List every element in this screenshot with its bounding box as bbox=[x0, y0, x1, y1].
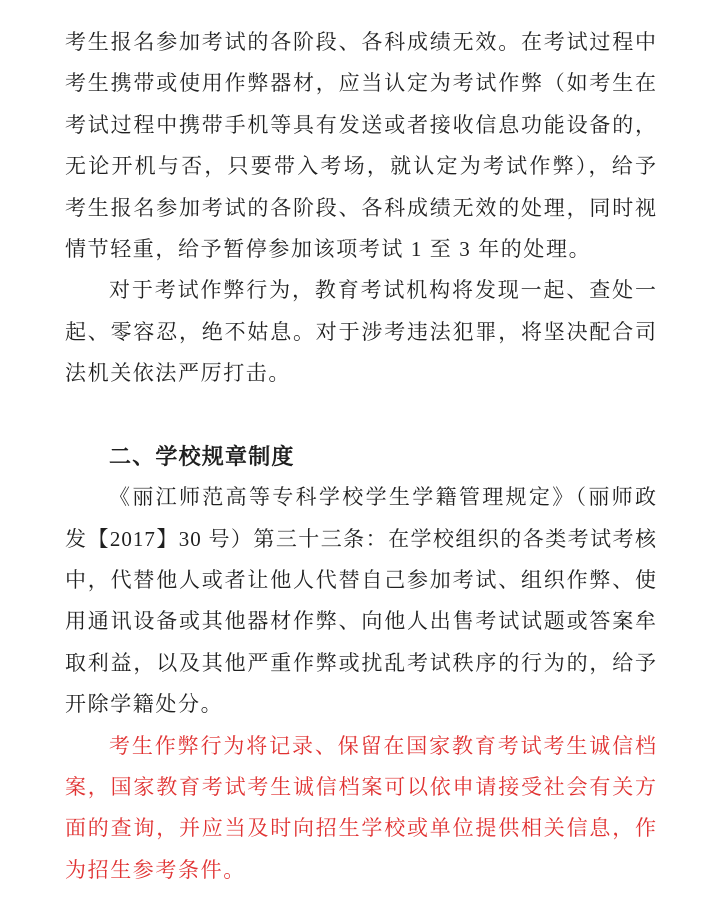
paragraph-exam-penalties: 考生报名参加考试的各阶段、各科成绩无效。在考试过程中 考生携带或使用作弊器材，应… bbox=[65, 22, 657, 270]
paragraph-integrity-record-red: 考生作弊行为将记录、保留在国家教育考试考生诚信档 案，国家教育考试考生诚信档案可… bbox=[65, 726, 657, 892]
text-line: 为招生参考条件。 bbox=[65, 850, 657, 891]
text-line: 考生报名参加考试的各阶段、各科成绩无效。在考试过程中 bbox=[65, 22, 657, 63]
text-line: 考生作弊行为将记录、保留在国家教育考试考生诚信档 bbox=[65, 726, 657, 767]
text-line: 开除学籍处分。 bbox=[65, 684, 657, 725]
text-line: 中，代替他人或者让他人代替自己参加考试、组织作弊、使 bbox=[65, 560, 657, 601]
text-line: 发【2017】30 号）第三十三条：在学校组织的各类考试考核 bbox=[65, 519, 657, 560]
document-content: 考生报名参加考试的各阶段、各科成绩无效。在考试过程中 考生携带或使用作弊器材，应… bbox=[65, 22, 657, 891]
text-line: 考生报名参加考试的各阶段、各科成绩无效的处理，同时视 bbox=[65, 188, 657, 229]
blank-line bbox=[65, 395, 657, 436]
text-line: 用通讯设备或其他器材作弊、向他人出售考试试题或答案牟 bbox=[65, 601, 657, 642]
text-line: 情节轻重，给予暂停参加该项考试 1 至 3 年的处理。 bbox=[65, 229, 657, 270]
paragraph-school-regulation: 《丽江师范高等专科学校学生学籍管理规定》（丽师政 发【2017】30 号）第三十… bbox=[65, 477, 657, 725]
section-heading-school-rules: 二、学校规章制度 bbox=[65, 436, 657, 477]
text-line: 案，国家教育考试考生诚信档案可以依申请接受社会有关方 bbox=[65, 767, 657, 808]
paragraph-enforcement: 对于考试作弊行为，教育考试机构将发现一起、查处一 起、零容忍，绝不姑息。对于涉考… bbox=[65, 270, 657, 394]
text-line: 法机关依法严厉打击。 bbox=[65, 353, 657, 394]
text-line: 对于考试作弊行为，教育考试机构将发现一起、查处一 bbox=[65, 270, 657, 311]
text-line: 考生携带或使用作弊器材，应当认定为考试作弊（如考生在 bbox=[65, 63, 657, 104]
text-line: 面的查询，并应当及时向招生学校或单位提供相关信息，作 bbox=[65, 808, 657, 849]
document-page: 考生报名参加考试的各阶段、各科成绩无效。在考试过程中 考生携带或使用作弊器材，应… bbox=[0, 0, 720, 915]
text-line: 《丽江师范高等专科学校学生学籍管理规定》（丽师政 bbox=[65, 477, 657, 518]
text-line: 考试过程中携带手机等具有发送或者接收信息功能设备的， bbox=[65, 105, 657, 146]
text-line: 起、零容忍，绝不姑息。对于涉考违法犯罪，将坚决配合司 bbox=[65, 312, 657, 353]
text-line: 取利益，以及其他严重作弊或扰乱考试秩序的行为的，给予 bbox=[65, 643, 657, 684]
text-line: 无论开机与否，只要带入考场，就认定为考试作弊），给予 bbox=[65, 146, 657, 187]
